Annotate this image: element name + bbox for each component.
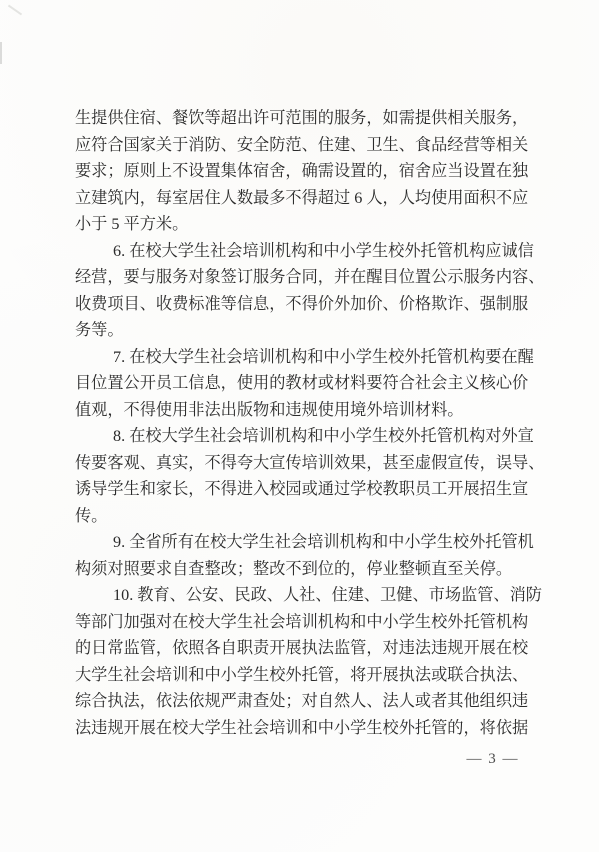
text-line: 立建筑内，每室居住人数最多不得超过 6 人，人均使用面积不应 [75,185,527,212]
text-line: 应符合国家关于消防、安全防范、住建、卫生、食品经营等相关 [75,132,527,159]
text-line: 务等。 [75,317,527,344]
text-line: 构须对照要求自查整改；整改不到位的，停业整顿直至关停。 [75,556,527,583]
text-line: 值观，不得使用非法出版物和违规使用境外培训材料。 [75,397,527,424]
text-line: 要求；原则上不设置集体宿舍，确需设置的，宿舍应当设置在独 [75,158,527,185]
scan-artifact-edge [0,42,2,64]
text-line: 等部门加强对在校大学生社会培训机构和中小学生校外托管机构 [75,609,527,636]
text-line: 传要客观、真实，不得夸大宣传培训效果，甚至虚假宣传，误导、 [75,450,527,477]
text-line: 综合执法，依法依规严肃查处；对自然人、法人或者其他组织违 [75,688,527,715]
text-line: 的日常监管，依照各自职责开展执法监管，对违法违规开展在校 [75,635,527,662]
page-number: — 3 — [467,749,520,769]
text-line: 6. 在校大学生社会培训机构和中小学生校外托管机构应诚信 [75,238,527,265]
scan-artifact-mark [8,5,22,16]
text-line: 经营，要与服务对象签订服务合同，并在醒目位置公示服务内容、 [75,264,527,291]
text-line: 法违规开展在校大学生社会培训和中小学生校外托管的，将依据 [75,715,527,742]
text-line: 7. 在校大学生社会培训机构和中小学生校外托管机构要在醒 [75,344,527,371]
text-line: 8. 在校大学生社会培训机构和中小学生校外托管机构对外宣 [75,423,527,450]
text-line: 目位置公开员工信息，使用的教材或材料要符合社会主义核心价 [75,370,527,397]
text-line: 10. 教育、公安、民政、人社、住建、卫健、市场监管、消防 [75,582,527,609]
text-line: 大学生社会培训和中小学生校外托管，将开展执法或联合执法、 [75,662,527,689]
text-line: 生提供住宿、餐饮等超出许可范围的服务，如需提供相关服务， [75,105,527,132]
scanned-document-page: 生提供住宿、餐饮等超出许可范围的服务，如需提供相关服务，应符合国家关于消防、安全… [0,0,599,852]
text-line: 传。 [75,503,527,530]
text-line: 诱导学生和家长，不得进入校园或通过学校教职员工开展招生宣 [75,476,527,503]
text-line: 9. 全省所有在校大学生社会培训机构和中小学生校外托管机 [75,529,527,556]
document-body: 生提供住宿、餐饮等超出许可范围的服务，如需提供相关服务，应符合国家关于消防、安全… [75,105,527,741]
text-line: 收费项目、收费标准等信息，不得价外加价、价格欺诈、强制服 [75,291,527,318]
text-line: 小于 5 平方米。 [75,211,527,238]
